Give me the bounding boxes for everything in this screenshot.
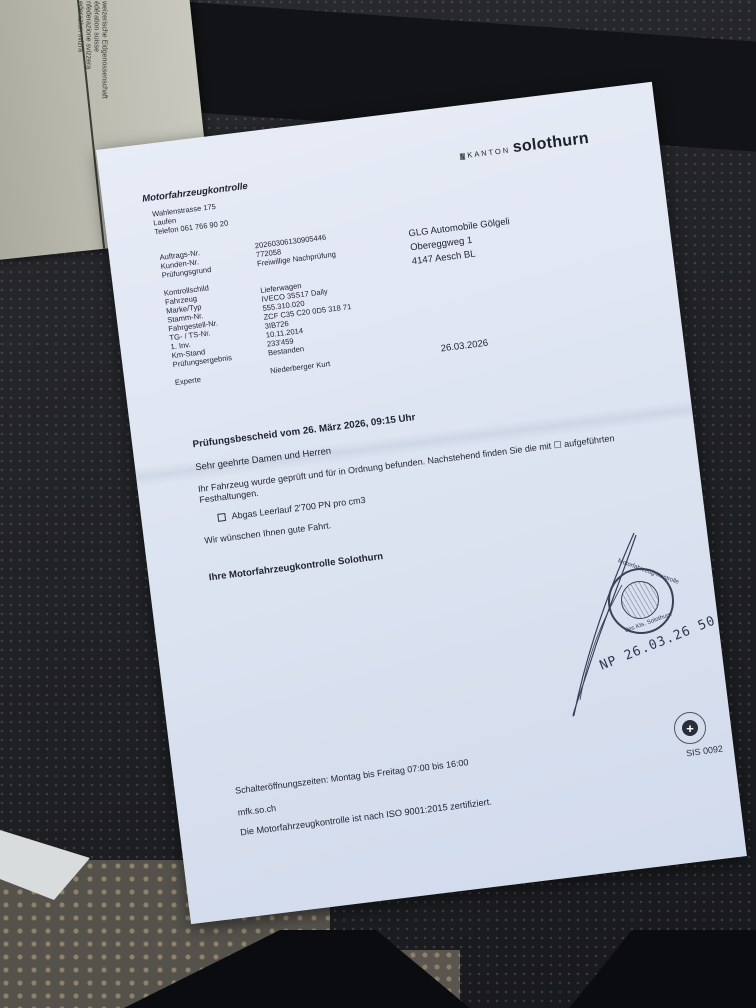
checkbox-icon: [217, 513, 226, 522]
sender-title: Motorfahrzeugkontrolle: [142, 182, 249, 205]
booklet-small-line: ederaziun svizra: [75, 1, 83, 99]
recipient-address: GLG Automobile Gölgeli Obereggweg 1 4147…: [408, 215, 514, 269]
swiss-cross-core: +: [682, 720, 698, 736]
letter-closing: Ihre Motorfahrzeugkontrolle Solothurn: [208, 552, 383, 583]
booklet-small-line: weizerische Eidgenossenschaft: [99, 1, 107, 99]
website-text: mfk.so.ch: [237, 803, 276, 818]
letter-wish: Wir wünschen Ihnen gute Fahrt.: [204, 520, 332, 545]
report-fields: Auftrags-Nr.20260306130905446 Kunden-Nr.…: [159, 231, 358, 387]
letterhead-logo: |||||| KANTON solothurn: [458, 130, 590, 164]
official-stamp: Motorfahrzeug-Kontrolle des Kts. Solothu…: [608, 568, 674, 634]
booklet-authority: weizerische Eidgenossenschaft édération …: [75, 1, 107, 99]
swiss-cross-icon: +: [674, 712, 706, 744]
opening-hours: Schalteröffnungszeiten: Montag bis Freit…: [235, 757, 469, 796]
letterhead-canton: solothurn: [512, 130, 590, 157]
iso-certification-text: Die Motorfahrzeugkontrolle ist nach ISO …: [240, 797, 493, 838]
document-date: 26.03.2026: [440, 339, 488, 355]
booklet-small-line: édération suisse: [91, 1, 99, 99]
sender-address: Wahlenstrasse 175 Laufen Telefon 061 766…: [152, 201, 229, 237]
letterhead-kanton: KANTON: [467, 146, 511, 160]
inspection-report-page: |||||| KANTON solothurn Motorfahrzeugkon…: [96, 82, 747, 924]
booklet-small-line: nfederazione svizzera: [83, 1, 91, 99]
bars-icon: ||||||: [459, 153, 465, 161]
stamp-emblem-icon: [621, 581, 659, 619]
